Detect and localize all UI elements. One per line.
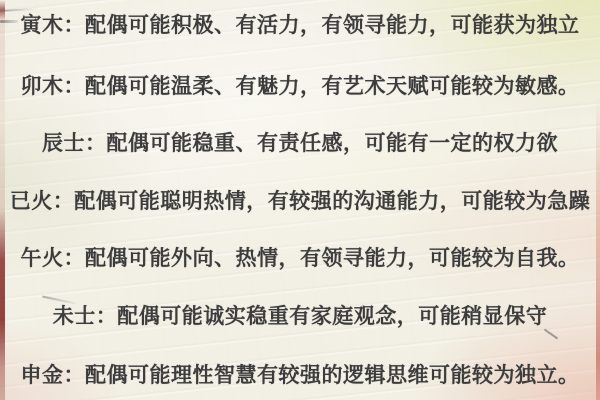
text-line-mao-wood: 卯木：配偶可能温柔、有魅力，有艺术天赋可能较为敏感。 <box>0 71 600 101</box>
text-line-wu-fire: 午火：配偶可能外向、热情，有领寻能力，可能较为自我。 <box>0 243 600 273</box>
text-line-wei-earth: 未士：配偶可能诚实稳重有家庭观念，可能稍显保守 <box>0 301 600 331</box>
text-line-si-fire: 已火：配偶可能聪明热情，有较强的沟通能力，可能较为急躁 <box>0 186 600 216</box>
text-line-chen-earth: 辰士：配偶可能稳重、有责任感，可能有一定的权力欲 <box>0 128 600 158</box>
text-line-shen-metal: 申金：配偶可能理性智慧有较强的逻辑思维可能较为独立。 <box>0 360 600 390</box>
text-line-yin-wood: 寅木：配偶可能积极、有活力，有领寻能力，可能获为独立 <box>0 10 600 40</box>
textured-paper-background: 寅木：配偶可能积极、有活力，有领寻能力，可能获为独立 卯木：配偶可能温柔、有魅力… <box>0 0 600 400</box>
